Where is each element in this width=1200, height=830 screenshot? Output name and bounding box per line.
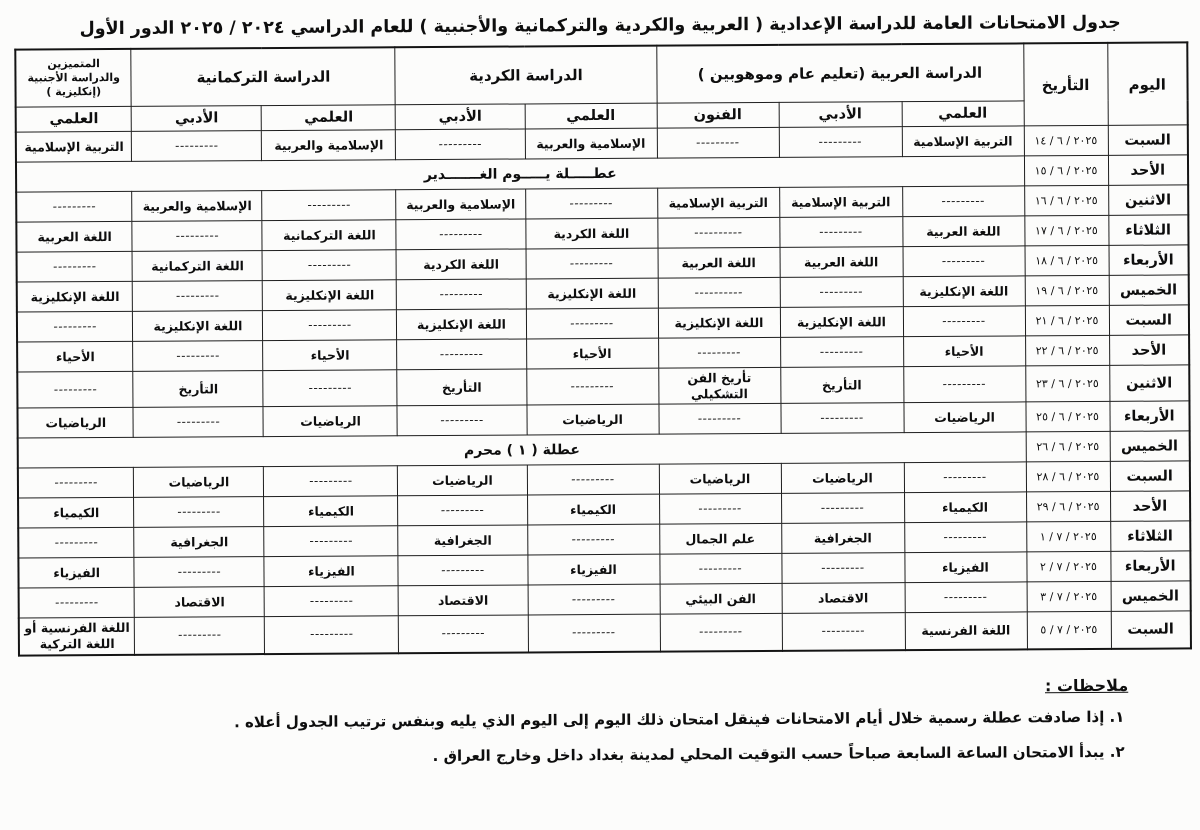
subject-cell: الاقتصاد [782, 583, 905, 614]
subject-cell: الأحياء [17, 341, 133, 372]
subject-cell: اللغة الإنكليزية [780, 307, 903, 338]
empty-cell: --------- [265, 586, 399, 617]
subject-cell: اللغة العربية [658, 247, 780, 278]
subject-cell: الرياضيات [526, 404, 658, 435]
empty-cell: --------- [779, 217, 902, 248]
day-cell: الأحد [1108, 155, 1188, 185]
empty-cell: --------- [526, 368, 658, 405]
arabic-arts-header: الفنون [657, 102, 779, 128]
date-cell: ٢٠٢٥ / ٦ / ٢٥ [1025, 402, 1109, 433]
subject-cell: علم الجمال [659, 524, 781, 555]
subject-cell: الكيمياء [18, 498, 134, 529]
distinguished-foreign-group-header: المتميزين والدراسة الأجنبية (إنكليزية ) [15, 49, 131, 107]
date-cell: ٢٠٢٥ / ٦ / ٢١ [1025, 305, 1109, 336]
empty-cell: --------- [396, 129, 525, 160]
subject-cell: اللغة الإنكليزية [658, 307, 780, 338]
subject-cell: تأريخ الفن التشكيلي [658, 367, 780, 404]
notes-section: ملاحظات : ١. إذا صادفت عطلة رسمية خلال أ… [34, 675, 1128, 767]
empty-cell: --------- [660, 614, 782, 651]
date-cell: ٢٠٢٥ / ٧ / ٥ [1027, 612, 1111, 649]
subject-cell: اللغة التركمانية [262, 220, 396, 251]
day-cell: السبت [1109, 305, 1189, 335]
empty-cell: --------- [903, 306, 1025, 337]
date-cell: ٢٠٢٥ / ٦ / ٢٣ [1025, 365, 1109, 402]
day-column-header: اليوم [1107, 42, 1188, 125]
subject-cell: اللغة الإنكليزية [263, 280, 397, 311]
subject-cell: الأحياء [263, 340, 397, 371]
subject-cell: اللغة الإنكليزية [17, 281, 133, 312]
empty-cell: --------- [658, 404, 780, 435]
empty-cell: --------- [659, 554, 781, 585]
empty-cell: --------- [526, 248, 658, 279]
empty-cell: --------- [264, 526, 398, 557]
empty-cell: --------- [527, 464, 659, 495]
empty-cell: --------- [528, 584, 660, 615]
date-cell: ٢٠٢٥ / ٦ / ١٥ [1024, 155, 1108, 186]
subject-cell: اللغة العربية [16, 221, 132, 252]
empty-cell: --------- [528, 614, 660, 652]
empty-cell: --------- [18, 528, 134, 559]
empty-cell: --------- [19, 588, 135, 619]
subject-cell: الفيزياء [18, 558, 134, 589]
empty-cell: --------- [396, 219, 525, 250]
empty-cell: --------- [902, 186, 1024, 217]
exam-table-body: السبت٢٠٢٥ / ٦ / ١٤التربية الإسلامية-----… [16, 125, 1191, 655]
subject-cell: الفيزياء [904, 552, 1026, 583]
subject-cell: الرياضيات [134, 467, 264, 498]
empty-cell: --------- [18, 468, 134, 499]
distinguished-scientific-header: العلمي [16, 106, 132, 132]
notes-heading: ملاحظات : [34, 675, 1128, 701]
document-sheet: جدول الامتحانات العامة للدراسة الإعدادية… [0, 0, 1200, 767]
subject-cell: الرياضيات [263, 406, 397, 437]
subject-cell: الأحياء [903, 336, 1025, 367]
empty-cell: --------- [17, 251, 133, 282]
empty-cell: --------- [264, 466, 398, 497]
subject-cell: التأريخ [780, 367, 903, 404]
day-cell: الأحد [1109, 335, 1189, 365]
empty-cell: --------- [782, 613, 905, 651]
table-header: اليوم التأريخ الدراسة العربية (تعليم عام… [15, 42, 1187, 132]
subject-cell: الرياضيات [659, 464, 781, 495]
empty-cell: --------- [905, 582, 1027, 613]
exam-schedule-table: اليوم التأريخ الدراسة العربية (تعليم عام… [14, 41, 1192, 656]
subject-cell: الكيمياء [264, 496, 398, 527]
page-title: جدول الامتحانات العامة للدراسة الإعدادية… [8, 12, 1192, 39]
empty-cell: --------- [526, 308, 658, 339]
empty-cell: --------- [132, 221, 262, 252]
day-cell: الخميس [1111, 581, 1191, 611]
subject-cell: الفيزياء [264, 556, 398, 587]
empty-cell: --------- [781, 493, 904, 524]
subject-cell: الكيمياء [527, 494, 659, 525]
empty-cell: --------- [525, 188, 657, 219]
turkmen-literary-header: الأدبي [132, 106, 262, 132]
day-cell: الأربعاء [1110, 551, 1190, 581]
day-cell: الثلاثاء [1110, 521, 1190, 551]
empty-cell: --------- [265, 616, 399, 654]
date-cell: ٢٠٢٥ / ٦ / ١٨ [1025, 245, 1109, 276]
empty-cell: --------- [659, 494, 781, 525]
empty-cell: ---------- [657, 217, 779, 248]
day-cell: الأربعاء [1109, 245, 1189, 275]
empty-cell: --------- [398, 555, 527, 586]
subject-cell: اللغة الإنكليزية [133, 311, 263, 342]
empty-cell: --------- [781, 553, 904, 584]
empty-cell: --------- [398, 495, 527, 526]
empty-cell: --------- [262, 190, 396, 221]
subject-cell: الإسلامية والعربية [132, 191, 262, 222]
day-cell: الاثنين [1108, 185, 1188, 215]
subject-cell: اللغة الكردية [397, 249, 526, 280]
group-header-row: اليوم التأريخ الدراسة العربية (تعليم عام… [15, 42, 1187, 107]
arabic-study-group-header: الدراسة العربية (تعليم عام وموهوبين ) [656, 43, 1023, 103]
day-cell: الثلاثاء [1108, 215, 1188, 245]
subject-cell: الاقتصاد [399, 585, 528, 616]
empty-cell: --------- [16, 191, 132, 222]
subject-cell: اللغة التركمانية [133, 251, 263, 282]
arabic-scientific-header: العلمي [902, 101, 1024, 127]
empty-cell: --------- [133, 281, 263, 312]
subject-cell: الرياضيات [781, 463, 904, 494]
empty-cell: ---------- [658, 277, 780, 308]
empty-cell: --------- [780, 277, 903, 308]
empty-cell: --------- [17, 371, 133, 408]
empty-cell: --------- [133, 407, 263, 438]
date-cell: ٢٠٢٥ / ٦ / ٢٢ [1025, 335, 1109, 366]
empty-cell: --------- [903, 366, 1025, 403]
empty-cell: --------- [17, 311, 133, 342]
empty-cell: --------- [397, 405, 526, 436]
date-cell: ٢٠٢٥ / ٧ / ٣ [1027, 582, 1111, 613]
empty-cell: --------- [133, 341, 263, 372]
note-item-1: ١. إذا صادفت عطلة رسمية خلال أيام الامتح… [34, 707, 1124, 732]
day-cell: الخميس [1109, 275, 1189, 305]
subject-cell: اللغة الإنكليزية [526, 278, 658, 309]
date-cell: ٢٠٢٥ / ٦ / ٢٨ [1026, 462, 1110, 493]
subject-cell: الجغرافية [398, 525, 527, 556]
empty-cell: --------- [904, 522, 1026, 553]
empty-cell: --------- [263, 250, 397, 281]
subject-cell: الفيزياء [527, 554, 659, 585]
date-column-header: التأريخ [1023, 43, 1108, 126]
kurdish-study-group-header: الدراسة الكردية [395, 46, 656, 105]
subject-cell: الإسلامية والعربية [525, 128, 657, 159]
date-cell: ٢٠٢٥ / ٦ / ١٤ [1024, 125, 1108, 156]
subject-cell: الجغرافية [134, 527, 264, 558]
day-cell: الاثنين [1109, 365, 1189, 402]
subject-cell: التربية الإسلامية [16, 131, 132, 162]
day-cell: الخميس [1110, 431, 1190, 461]
empty-cell: --------- [397, 279, 526, 310]
subject-cell: الكيمياء [904, 492, 1026, 523]
table-row: السبت٢٠٢٥ / ٧ / ٥اللغة الفرنسية---------… [19, 611, 1191, 655]
subject-cell: اللغة العربية [902, 216, 1024, 247]
kurdish-scientific-header: العلمي [525, 103, 657, 129]
empty-cell: --------- [657, 127, 779, 158]
day-cell: الأربعاء [1109, 401, 1189, 431]
empty-cell: --------- [135, 617, 265, 655]
subject-cell: التأريخ [133, 371, 263, 408]
subject-cell: التربية الإسلامية [657, 187, 779, 218]
arabic-literary-header: الأدبي [779, 102, 902, 128]
date-cell: ٢٠٢٥ / ٦ / ٢٦ [1026, 432, 1110, 463]
empty-cell: --------- [263, 310, 397, 341]
subject-cell: الإسلامية والعربية [262, 130, 396, 161]
day-cell: الأحد [1110, 491, 1190, 521]
subject-cell: اللغة الفرنسية أو اللغة التركية [19, 618, 135, 655]
subject-cell: اللغة الإنكليزية [903, 276, 1025, 307]
subject-cell: الفن البيئي [660, 584, 782, 615]
subject-cell: اللغة الفرنسية [905, 612, 1027, 649]
subject-cell: التربية الإسلامية [779, 187, 902, 218]
subject-cell: الاقتصاد [135, 587, 265, 618]
subject-cell: الإسلامية والعربية [396, 189, 525, 220]
empty-cell: --------- [527, 524, 659, 555]
empty-cell: --------- [399, 615, 528, 653]
note-item-2: ٢. يبدأ الامتحان الساعة السابعة صباحاً ح… [35, 742, 1125, 767]
day-cell: السبت [1110, 461, 1190, 491]
date-cell: ٢٠٢٥ / ٦ / ١٦ [1024, 185, 1108, 216]
subject-cell: الجغرافية [781, 523, 904, 554]
subject-cell: الرياضيات [398, 465, 527, 496]
day-cell: السبت [1111, 611, 1191, 648]
empty-cell: --------- [903, 246, 1025, 277]
empty-cell: --------- [904, 462, 1026, 493]
subject-cell: الرياضيات [903, 402, 1025, 433]
subject-cell: اللغة الكردية [525, 218, 657, 249]
empty-cell: --------- [263, 370, 397, 407]
subject-cell: الأحياء [526, 338, 658, 369]
turkmen-scientific-header: العلمي [262, 105, 396, 131]
subject-cell: اللغة الإنكليزية [397, 309, 526, 340]
empty-cell: --------- [132, 131, 262, 162]
date-cell: ٢٠٢٥ / ٦ / ١٧ [1024, 215, 1108, 246]
empty-cell: --------- [134, 497, 264, 528]
date-cell: ٢٠٢٥ / ٦ / ٢٩ [1026, 492, 1110, 523]
kurdish-literary-header: الأدبي [396, 104, 525, 130]
date-cell: ٢٠٢٥ / ٧ / ١ [1026, 522, 1110, 553]
subject-cell: الرياضيات [17, 408, 133, 439]
date-cell: ٢٠٢٥ / ٦ / ١٩ [1025, 275, 1109, 306]
date-cell: ٢٠٢٥ / ٧ / ٢ [1026, 552, 1110, 583]
empty-cell: --------- [779, 127, 902, 158]
empty-cell: --------- [397, 339, 526, 370]
empty-cell: --------- [780, 403, 903, 434]
empty-cell: --------- [658, 337, 780, 368]
subject-cell: اللغة العربية [780, 247, 903, 278]
subject-cell: التأريخ [397, 369, 526, 406]
turkmen-study-group-header: الدراسة التركمانية [131, 47, 395, 106]
empty-cell: --------- [780, 337, 903, 368]
empty-cell: --------- [134, 557, 264, 588]
subject-cell: التربية الإسلامية [902, 126, 1024, 157]
day-cell: السبت [1108, 125, 1188, 155]
